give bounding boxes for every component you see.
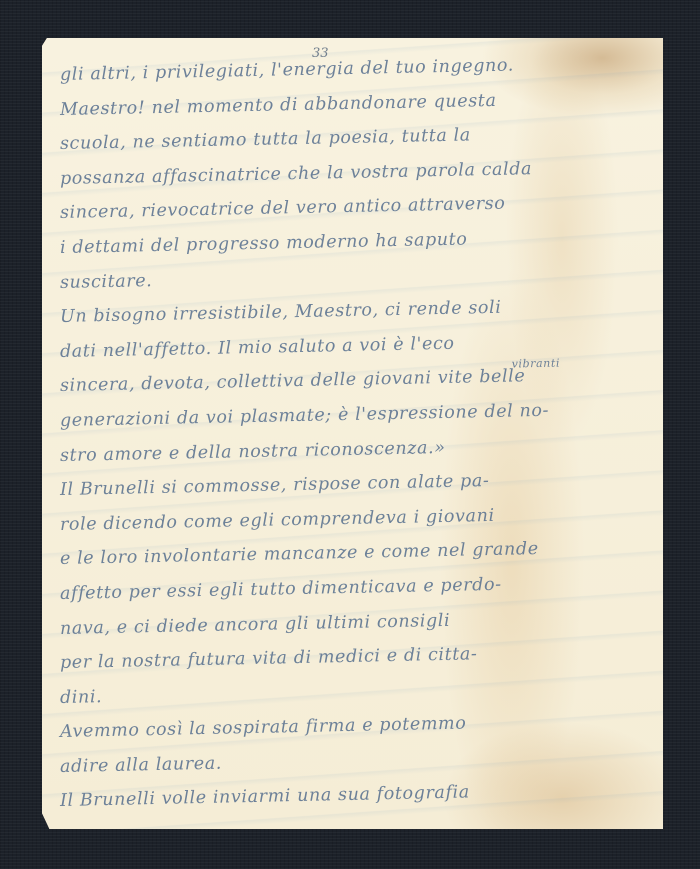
- manuscript-line-text: sincera, devota, collettiva delle giovan…: [60, 367, 526, 397]
- scan-mount-background: 33 gli altri, i privilegiati, l'energia …: [0, 0, 700, 869]
- interlinear-insertion: vibranti: [511, 345, 645, 382]
- handwritten-text-block: gli altri, i privilegiati, l'energia del…: [60, 58, 645, 819]
- manuscript-page: 33 gli altri, i privilegiati, l'energia …: [42, 38, 663, 829]
